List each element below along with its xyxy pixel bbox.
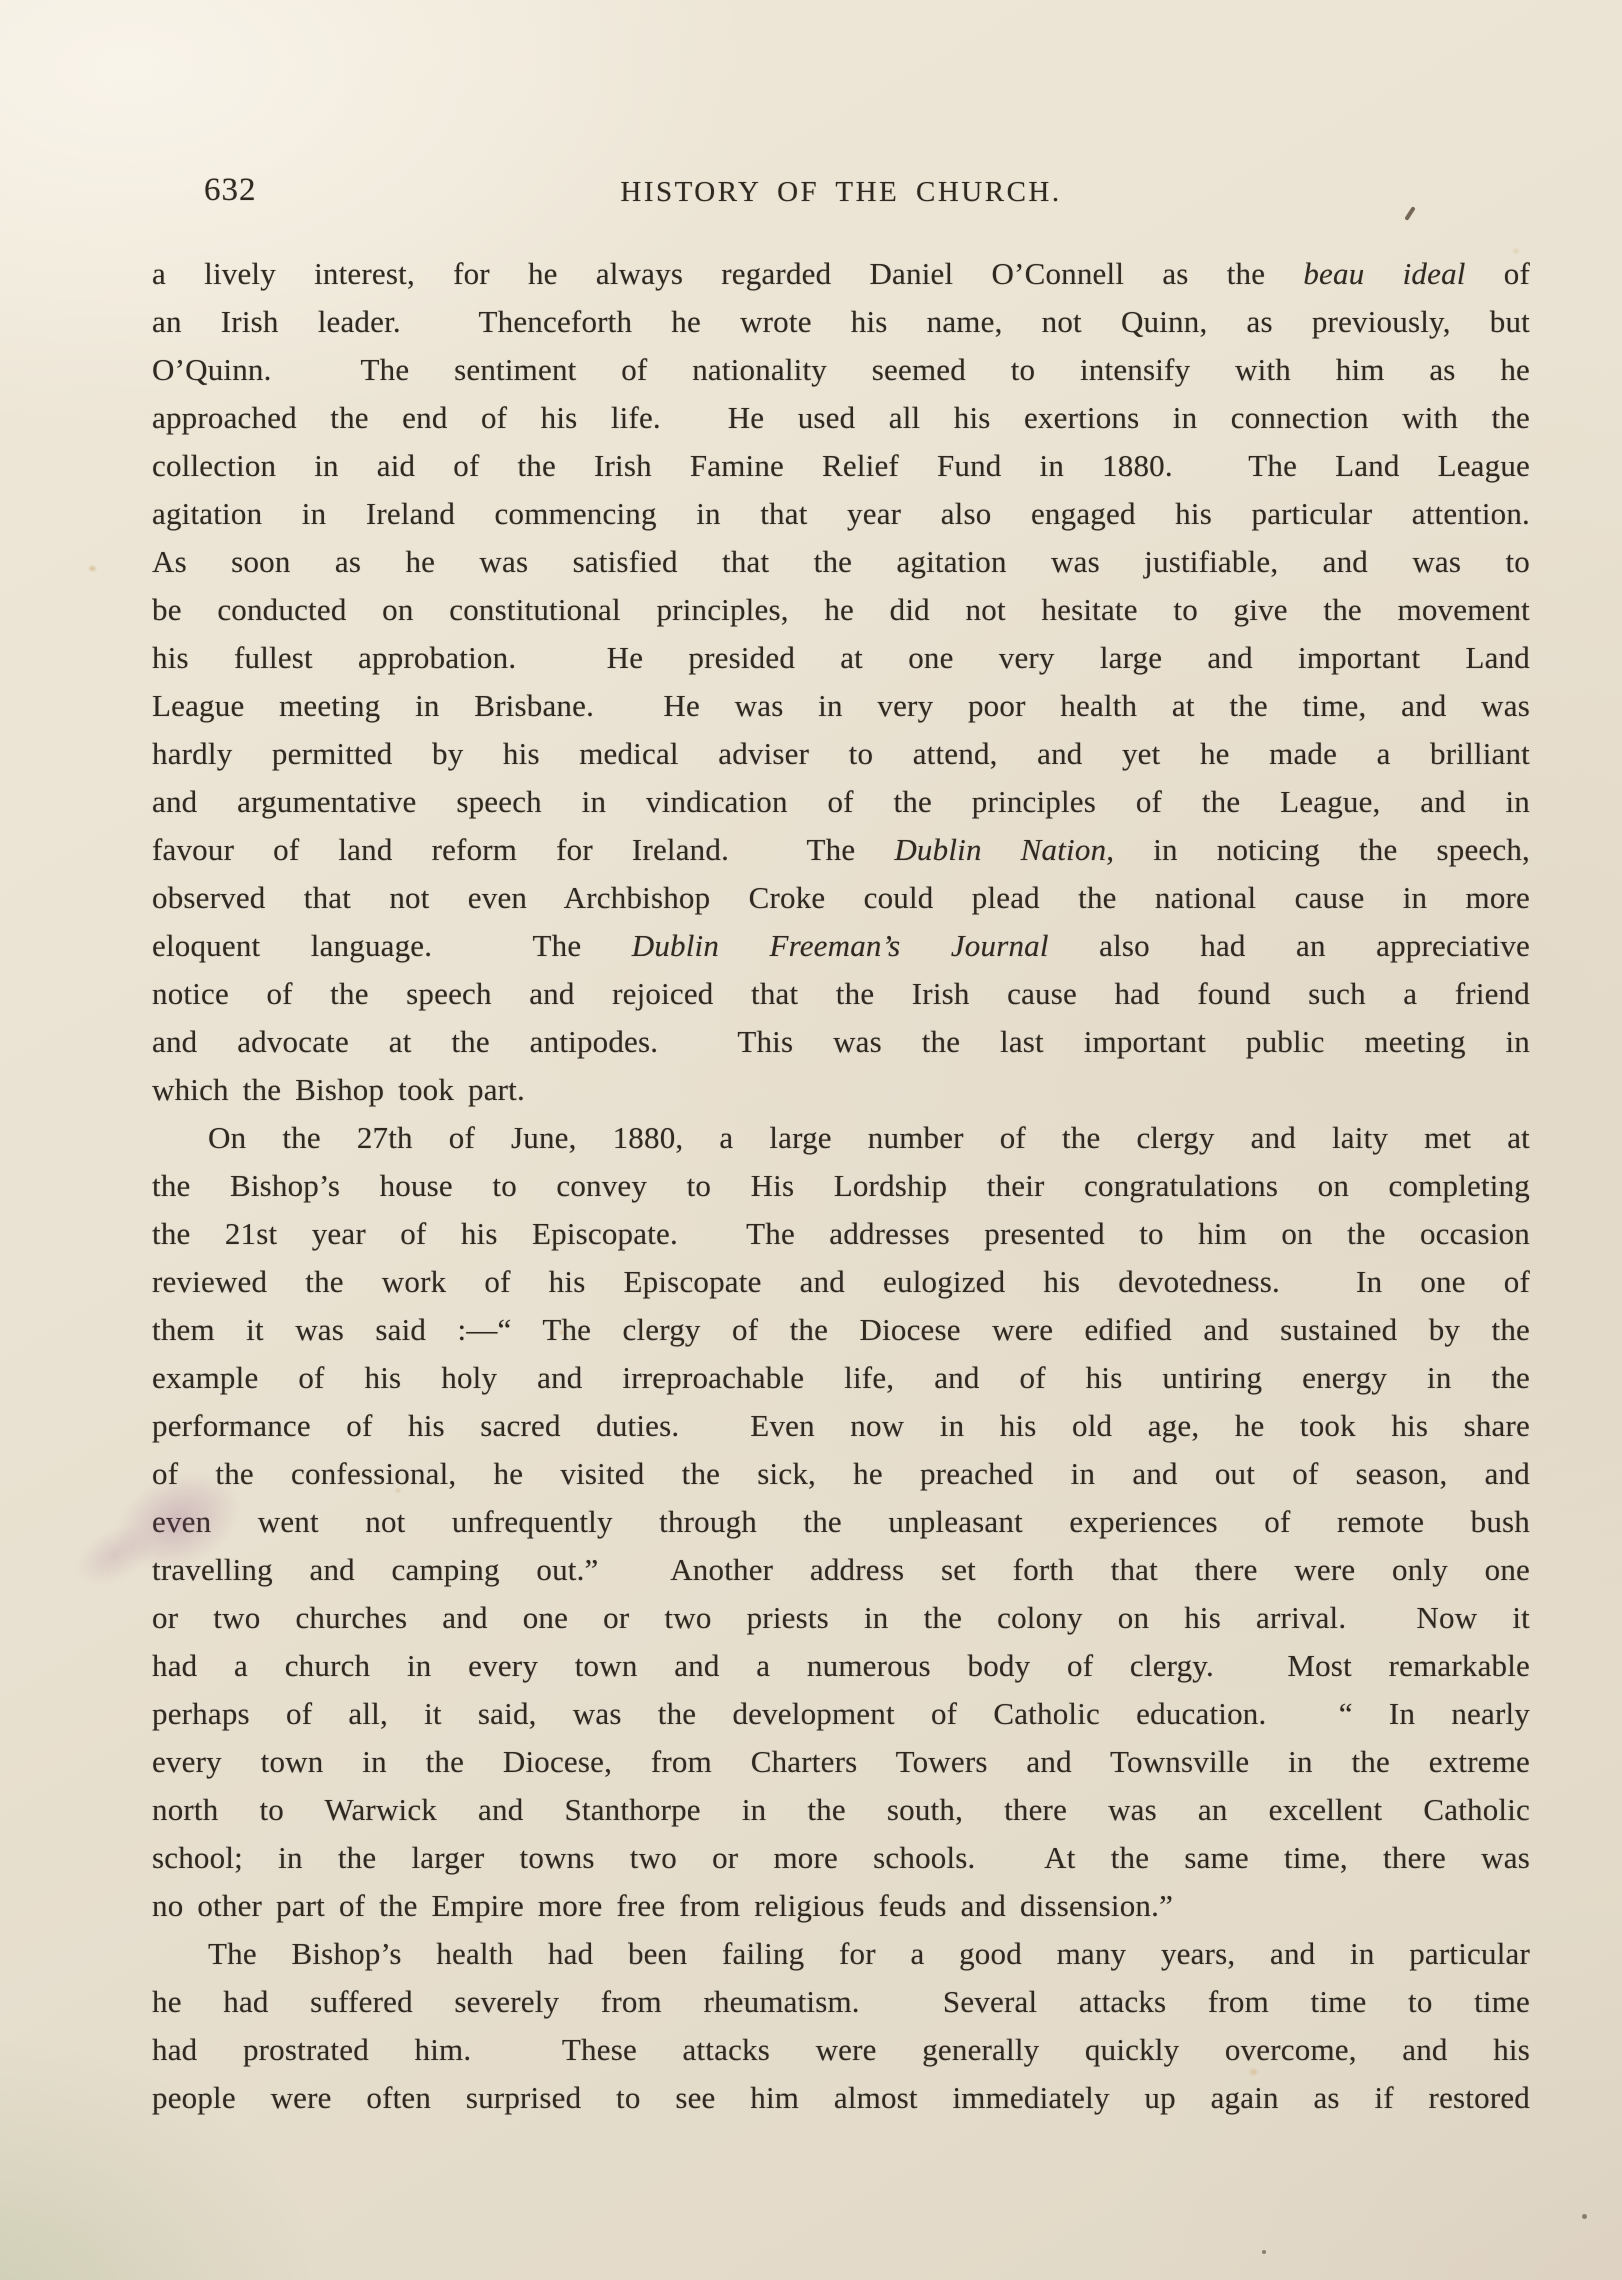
text-segment: his fullest approbation. He presided at … [152,640,1530,675]
text-segment: an Irish leader. Thenceforth he wrote hi… [152,304,1530,339]
text-segment: hardly permitted by his medical adviser … [152,736,1530,771]
text-line: be conducted on constitutional principle… [152,586,1530,634]
text-segment: favour of land reform for Ireland. The [152,832,894,867]
text-segment: school; in the larger towns two or more … [152,1840,1530,1875]
text-line: them it was said :—“ The clergy of the D… [152,1306,1530,1354]
text-segment: in noticing the speech, [1114,832,1530,867]
text-line: perhaps of all, it said, was the develop… [152,1690,1530,1738]
text-line: League meeting in Brisbane. He was in ve… [152,682,1530,730]
text-segment: had a church in every town and a numerou… [152,1648,1530,1683]
text-segment: every town in the Diocese, from Charters… [152,1744,1530,1779]
text-line: of the confessional, he visited the sick… [152,1450,1530,1498]
text-line: O’Quinn. The sentiment of nationality se… [152,346,1530,394]
text-line: approached the end of his life. He used … [152,394,1530,442]
text-segment: people were often surprised to see him a… [152,2080,1530,2115]
text-line: reviewed the work of his Episcopate and … [152,1258,1530,1306]
text-segment: collection in aid of the Irish Famine Re… [152,448,1530,483]
text-line: or two churches and one or two priests i… [152,1594,1530,1642]
text-segment: even went not unfrequently through the u… [152,1504,1530,1539]
text-segment: no other part of the Empire more free fr… [152,1888,1173,1923]
text-segment: agitation in Ireland commencing in that … [152,496,1530,531]
text-line: even went not unfrequently through the u… [152,1498,1530,1546]
text-line: The Bishop’s health had been failing for… [152,1930,1530,1978]
text-line: eloquent language. The Dublin Freeman’s … [152,922,1530,970]
text-segment: and argumentative speech in vindication … [152,784,1530,819]
italic-text-segment: beau ideal [1303,256,1465,291]
text-segment: The Bishop’s health had been failing for… [208,1936,1530,1971]
text-segment: a lively interest, for he always regarde… [152,256,1303,291]
text-segment: north to Warwick and Stanthorpe in the s… [152,1792,1530,1827]
text-segment: also had an appreciative [1049,928,1530,963]
text-segment: example of his holy and irreproachable l… [152,1360,1530,1395]
italic-text-segment: Dublin Nation, [894,832,1114,867]
text-segment: notice of the speech and rejoiced that t… [152,976,1530,1011]
text-line: the 21st year of his Episcopate. The add… [152,1210,1530,1258]
text-line: he had suffered severely from rheumatism… [152,1978,1530,2026]
text-line: a lively interest, for he always regarde… [152,250,1530,298]
text-line: travelling and camping out.” Another add… [152,1546,1530,1594]
ink-speck [1262,2250,1266,2254]
ink-speck [1582,2214,1587,2219]
text-line: observed that not even Archbishop Croke … [152,874,1530,922]
text-line: people were often surprised to see him a… [152,2074,1530,2122]
text-line: had prostrated him. These attacks were g… [152,2026,1530,2074]
text-line: performance of his sacred duties. Even n… [152,1402,1530,1450]
text-segment: performance of his sacred duties. Even n… [152,1408,1530,1443]
text-segment: or two churches and one or two priests i… [152,1600,1530,1635]
text-line: notice of the speech and rejoiced that t… [152,970,1530,1018]
text-segment: them it was said :—“ The clergy of the D… [152,1312,1530,1347]
text-line: his fullest approbation. He presided at … [152,634,1530,682]
text-segment: reviewed the work of his Episcopate and … [152,1264,1530,1299]
text-line: which the Bishop took part. [152,1066,1530,1114]
text-segment: of the confessional, he visited the sick… [152,1456,1530,1491]
text-segment: and advocate at the antipodes. This was … [152,1024,1530,1059]
text-line: agitation in Ireland commencing in that … [152,490,1530,538]
text-line: As soon as he was satisfied that the agi… [152,538,1530,586]
text-segment: of [1466,256,1530,291]
text-segment: the 21st year of his Episcopate. The add… [152,1216,1530,1251]
text-segment: observed that not even Archbishop Croke … [152,880,1530,915]
text-segment: he had suffered severely from rheumatism… [152,1984,1530,2019]
page-text: a lively interest, for he always regarde… [152,250,1530,2122]
text-line: collection in aid of the Irish Famine Re… [152,442,1530,490]
text-line: an Irish leader. Thenceforth he wrote hi… [152,298,1530,346]
text-line: On the 27th of June, 1880, a large numbe… [152,1114,1530,1162]
text-segment: be conducted on constitutional principle… [152,592,1530,627]
text-segment: had prostrated him. These attacks were g… [152,2032,1530,2067]
text-segment: travelling and camping out.” Another add… [152,1552,1530,1587]
text-line: no other part of the Empire more free fr… [152,1882,1530,1930]
text-line: every town in the Diocese, from Charters… [152,1738,1530,1786]
text-segment: On the 27th of June, 1880, a large numbe… [208,1120,1530,1155]
text-line: school; in the larger towns two or more … [152,1834,1530,1882]
text-line: hardly permitted by his medical adviser … [152,730,1530,778]
text-segment: the Bishop’s house to convey to His Lord… [152,1168,1530,1203]
foxing-spot [86,563,99,574]
book-page: 632 HISTORY OF THE CHURCH. a lively inte… [0,0,1622,2280]
text-segment: O’Quinn. The sentiment of nationality se… [152,352,1530,387]
italic-text-segment: Dublin Freeman’s Journal [632,928,1049,963]
text-line: and advocate at the antipodes. This was … [152,1018,1530,1066]
text-line: north to Warwick and Stanthorpe in the s… [152,1786,1530,1834]
running-title: HISTORY OF THE CHURCH. [152,176,1530,209]
text-line: favour of land reform for Ireland. The D… [152,826,1530,874]
text-segment: which the Bishop took part. [152,1072,525,1107]
text-line: and argumentative speech in vindication … [152,778,1530,826]
text-segment: eloquent language. The [152,928,632,963]
text-segment: approached the end of his life. He used … [152,400,1530,435]
text-line: had a church in every town and a numerou… [152,1642,1530,1690]
text-line: the Bishop’s house to convey to His Lord… [152,1162,1530,1210]
text-segment: As soon as he was satisfied that the agi… [152,544,1530,579]
text-segment: perhaps of all, it said, was the develop… [152,1696,1530,1731]
text-segment: League meeting in Brisbane. He was in ve… [152,688,1530,723]
text-line: example of his holy and irreproachable l… [152,1354,1530,1402]
